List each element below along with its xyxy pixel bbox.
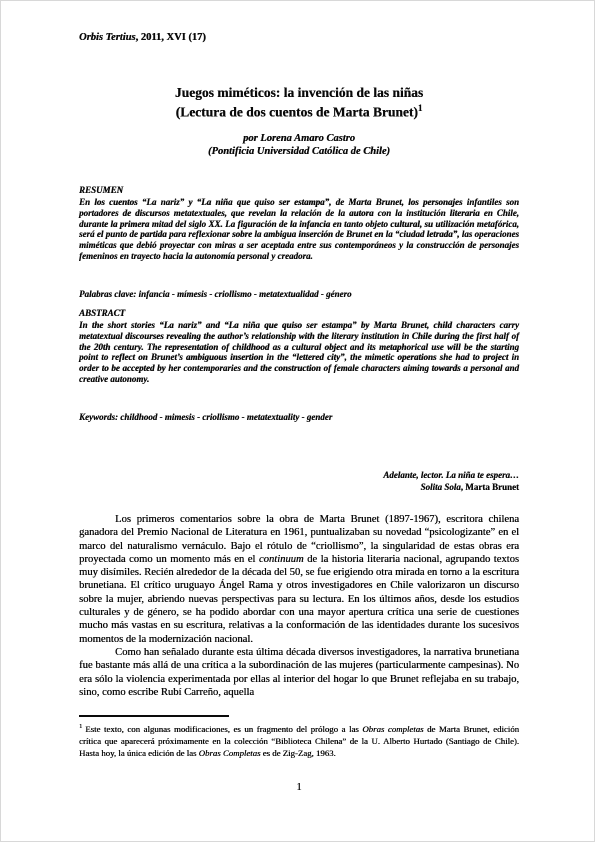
article-title-line2: (Lectura de dos cuentos de Marta Brunet) (176, 104, 418, 119)
epigraph: Adelante, lector. La niña te espera… Sol… (79, 469, 519, 493)
footnote-italic-title-1: Obras completas (362, 724, 423, 734)
epigraph-source: Solita Sola, Marta Brunet (79, 481, 519, 493)
footnote-marker: 1 (79, 723, 82, 730)
body-p1-italic-term: continuum (259, 554, 304, 565)
epigraph-quote: Adelante, lector. La niña te espera… (79, 469, 519, 481)
title-footnote-ref: 1 (418, 103, 423, 113)
resumen-heading: RESUMEN (79, 185, 519, 195)
footnote-text-1: Este texto, con algunas modificaciones, … (85, 724, 362, 734)
epigraph-source-author: , Marta Brunet (461, 482, 519, 492)
article-body: Los primeros comentarios sobre la obra d… (79, 513, 519, 699)
article-title-line1: Juegos miméticos: la invención de las ni… (175, 85, 423, 100)
byline: por Lorena Amaro Castro (Pontificia Univ… (79, 132, 519, 158)
resumen-text: En los cuentos “La nariz” y “La niña que… (79, 197, 519, 262)
footnote-separator-rule (79, 715, 229, 717)
footnote-text-3: es de Zig-Zag, 1963. (260, 748, 335, 758)
page-number: 1 (79, 782, 519, 793)
abstract-heading: ABSTRACT (79, 308, 519, 318)
keywords-line: Keywords: childhood - mimesis - criollis… (79, 412, 519, 422)
epigraph-source-title: Solita Sola (420, 482, 460, 492)
article-title: Juegos miméticos: la invención de las ni… (79, 85, 519, 120)
palabras-clave: Palabras clave: infancia - mímesis - cri… (79, 289, 519, 299)
footnote-italic-title-2: Obras Completas (199, 748, 261, 758)
journal-issue-info: , 2011, XVI (17) (136, 32, 206, 43)
abstract-text: In the short stories “La nariz” and “La … (79, 320, 519, 385)
paper-page: Orbis Tertius, 2011, XVI (17) Juegos mim… (0, 0, 595, 842)
author-affiliation: (Pontificia Universidad Católica de Chil… (79, 145, 519, 158)
body-paragraph-1: Los primeros comentarios sobre la obra d… (79, 513, 519, 646)
journal-title: Orbis Tertius (79, 32, 136, 43)
author-name: por Lorena Amaro Castro (79, 132, 519, 145)
footnote: 1Este texto, con algunas modificaciones,… (79, 721, 519, 760)
journal-running-head: Orbis Tertius, 2011, XVI (17) (79, 32, 519, 43)
body-p1-text-cont: de la historia literaria nacional, agrup… (79, 554, 519, 645)
body-paragraph-2: Como han señalado durante esta última dé… (79, 646, 519, 699)
